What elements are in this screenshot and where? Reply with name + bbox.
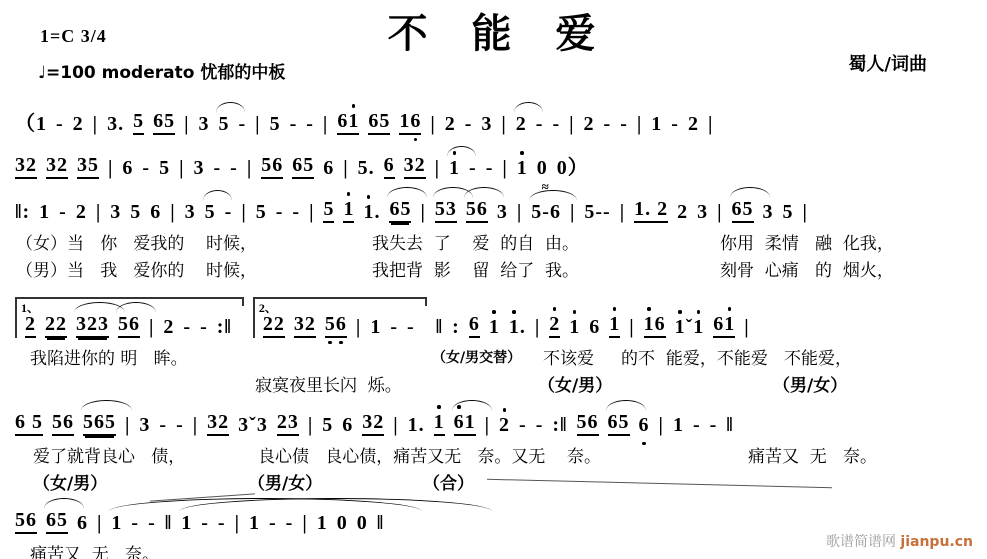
note-token: : xyxy=(452,317,460,338)
note-token: ‖ xyxy=(377,513,384,534)
lyric-line: （女/男）（男/女）（合） xyxy=(0,468,987,495)
note-token: 1 xyxy=(517,158,528,179)
note-token: | xyxy=(430,114,435,135)
note-token: - xyxy=(671,114,679,135)
note-token: | xyxy=(241,202,246,223)
note-token: - xyxy=(465,114,473,135)
note-token: 5-6 xyxy=(531,202,561,223)
note-token: 6 xyxy=(122,158,133,179)
note-token: 65 xyxy=(732,199,754,223)
sheet-music-page: 1=C 3/4 ♩=100 moderato 忧郁的中板 不 能 爱 蜀人/词曲… xyxy=(0,0,987,559)
note-token: 1 xyxy=(609,314,620,338)
lyric-segment: 寂寞夜里长闪 烁。 xyxy=(255,371,402,396)
note-token: 5 xyxy=(133,111,144,135)
note-token: - xyxy=(200,317,208,338)
note-token: 2 xyxy=(25,314,36,338)
note-token: 35 xyxy=(77,155,99,179)
note-token: 1 xyxy=(343,199,354,223)
note-token: | xyxy=(620,202,625,223)
note-token: 2 xyxy=(677,202,688,223)
note-token: - xyxy=(56,114,64,135)
note-token: - xyxy=(142,158,150,179)
note-token: | xyxy=(302,513,307,534)
lyric-segment: （女/男） xyxy=(538,371,612,396)
note-token: 2 xyxy=(688,114,699,135)
note-token: | xyxy=(247,158,252,179)
note-token: 1 xyxy=(370,317,381,338)
note-token: 3 xyxy=(497,202,508,223)
note-token: | xyxy=(717,202,722,223)
note-token: - xyxy=(238,114,246,135)
lyric-segment: 你用 柔情 融 化我， xyxy=(720,229,894,254)
note-token: - xyxy=(710,415,718,436)
note-token: 6 5 xyxy=(15,412,43,436)
note-token: | xyxy=(485,415,490,436)
note-token: - xyxy=(469,158,477,179)
note-token: 56 xyxy=(261,155,283,179)
lyric-segment: （女）当 你 爱我的 时候， xyxy=(16,229,257,254)
composer-credit: 蜀人/词曲 xyxy=(848,50,927,76)
lyric-segment: （男/女） xyxy=(773,371,847,396)
note-token: ‖ xyxy=(436,317,443,338)
lyric-segment: 我失去 了 爱 的自 由。 xyxy=(372,229,579,254)
note-token: | xyxy=(125,415,130,436)
note-token: 56 xyxy=(577,412,599,436)
note-token: | xyxy=(569,114,574,135)
note-token: 3 xyxy=(185,202,196,223)
note-token: | xyxy=(629,317,634,338)
note-token: - xyxy=(604,114,612,135)
score-header: 1=C 3/4 ♩=100 moderato 忧郁的中板 不 能 爱 蜀人/词曲 xyxy=(0,0,987,96)
note-token: 65 xyxy=(153,111,175,135)
note-token: | xyxy=(255,114,260,135)
note-token: - xyxy=(159,415,167,436)
lyric-segment: 痛苦又 无 奈。 xyxy=(30,540,159,559)
note-token: 2 xyxy=(584,114,595,135)
note-token: | xyxy=(420,202,425,223)
note-token: 5 xyxy=(323,199,334,223)
lyric-line: （男）当 我 爱你的 时候，我把背 影 留 给了 我。刻骨 心痛 的 烟火， xyxy=(0,255,987,282)
note-token: - xyxy=(536,415,544,436)
tempo-marking: ♩=100 moderato 忧郁的中板 xyxy=(38,58,285,83)
note-token: 1 xyxy=(673,415,684,436)
note-token: 32 xyxy=(46,155,68,179)
note-token: 0 xyxy=(357,513,368,534)
music-line: 6 556565|3--|323ˇ323|5632|1.161|2--:‖566… xyxy=(0,397,987,441)
lyric-segment: （合） xyxy=(423,469,474,494)
note-token: | xyxy=(97,513,102,534)
note-token: - xyxy=(59,202,67,223)
lyric-line: 我陷进你的 明 眸。（女/男交替）不该爱 的不 能爱，不能爱 不能爱， xyxy=(0,343,987,370)
lyric-segment: （男/女） xyxy=(248,469,322,494)
note-token: 2 xyxy=(499,415,510,436)
note-token: 3 xyxy=(110,202,121,223)
note-token: 6 xyxy=(589,317,600,338)
song-title: 不 能 爱 xyxy=(0,2,987,59)
note-token: | xyxy=(570,202,575,223)
note-token: 2 xyxy=(549,314,560,338)
note-token: - xyxy=(290,114,298,135)
note-token: | xyxy=(517,202,522,223)
note-token: 6 xyxy=(77,513,88,534)
note-token: 1 xyxy=(317,513,328,534)
note-token: | xyxy=(501,114,506,135)
note-token: 5 xyxy=(783,202,794,223)
lyric-segment: 不该爱 的不 能爱，不能爱 不能爱， xyxy=(543,344,852,369)
note-token: | xyxy=(235,513,240,534)
watermark-site-name: 歌谱简谱网 xyxy=(826,534,900,550)
note-token: 5-- xyxy=(584,202,610,223)
note-token: | xyxy=(308,415,313,436)
note-token: 1. xyxy=(363,202,380,223)
note-token: 3 xyxy=(193,158,204,179)
note-token: 22 xyxy=(45,314,67,338)
note-token: 5 xyxy=(205,202,216,223)
note-token: | xyxy=(184,114,189,135)
note-token: 1 xyxy=(434,412,445,436)
note-token: | xyxy=(535,317,540,338)
score-body: （1-2|3.565|35-|5--|616516|2-3|2--|2--|1-… xyxy=(0,96,987,559)
note-token: 32 xyxy=(207,412,229,436)
note-token: - xyxy=(131,513,139,534)
note-token: 5 xyxy=(270,114,281,135)
note-token: 5 xyxy=(256,202,267,223)
note-token: 1 xyxy=(489,317,500,338)
note-token: 0 xyxy=(537,158,548,179)
note-token: 56 xyxy=(118,314,140,338)
note-token: 3 xyxy=(198,114,209,135)
note-token: 1ˇ1 xyxy=(675,317,705,338)
note-token: 61 xyxy=(454,412,476,436)
note-token: 32 xyxy=(15,155,37,179)
note-token: - xyxy=(536,114,544,135)
note-token: - xyxy=(390,317,398,338)
note-token: | xyxy=(637,114,642,135)
note-token: 32 xyxy=(404,155,426,179)
note-token: | xyxy=(108,158,113,179)
note-token: 56 xyxy=(325,314,347,338)
note-token: - xyxy=(276,202,284,223)
note-token: 61 xyxy=(713,314,735,338)
note-token: 32 xyxy=(362,412,384,436)
note-token: 65 xyxy=(292,155,314,179)
note-token: 5 xyxy=(159,158,170,179)
note-token: 1 xyxy=(651,114,662,135)
lyric-segment: 我把背 影 留 给了 我。 xyxy=(372,256,579,281)
note-token: 0） xyxy=(557,158,589,179)
note-token: 56 xyxy=(15,510,37,534)
note-token: 1 xyxy=(111,513,122,534)
note-token: - xyxy=(148,513,156,534)
note-token: 1. xyxy=(408,415,425,436)
note-token: 323 xyxy=(76,314,109,338)
lyric-segment: （女/男交替） xyxy=(432,347,521,367)
lyric-line: 爱了就背良心 债，良心债 良心债，痛苦又无 奈。又无 奈。痛苦又 无 奈。 xyxy=(0,441,987,468)
lyric-line: 寂寞夜里长闪 烁。（女/男）（男/女） xyxy=(0,370,987,397)
note-token: 23 xyxy=(277,412,299,436)
note-token: 3 xyxy=(481,114,492,135)
note-token: - xyxy=(306,114,314,135)
note-token: 16 xyxy=(644,314,666,338)
note-token: | xyxy=(93,114,98,135)
note-token: 5 xyxy=(130,202,141,223)
note-token: 3 xyxy=(139,415,150,436)
note-token: ‖ xyxy=(726,415,733,436)
note-token: 6 xyxy=(384,155,395,179)
note-token: | xyxy=(435,158,440,179)
music-line: （1-2|3.565|35-|5--|616516|2-3|2--|2--|1-… xyxy=(0,96,987,140)
note-token: 2 xyxy=(445,114,456,135)
watermark: 歌谱简谱网 jianpu.cn xyxy=(826,531,973,551)
note-token: ‖: xyxy=(15,202,30,223)
note-token: 6 xyxy=(469,314,480,338)
note-token: | xyxy=(744,317,749,338)
note-token: - xyxy=(225,202,233,223)
note-token: 3 xyxy=(697,202,708,223)
watermark-domain: jianpu.cn xyxy=(900,534,973,550)
lyric-segment: （男）当 我 爱你的 时候， xyxy=(16,256,257,281)
note-token: 2 xyxy=(163,317,174,338)
note-token: - xyxy=(693,415,701,436)
note-token: | xyxy=(193,415,198,436)
note-token: - xyxy=(292,202,300,223)
note-token: | xyxy=(659,415,664,436)
note-token: 32 xyxy=(294,314,316,338)
note-token: - xyxy=(176,415,184,436)
note-token: | xyxy=(343,158,348,179)
lyric-segment: 刻骨 心痛 的 烟火， xyxy=(720,256,894,281)
note-token: | xyxy=(803,202,808,223)
note-token: 2 xyxy=(516,114,527,135)
note-token: :‖ xyxy=(217,317,232,338)
note-token: 65 xyxy=(389,199,411,223)
note-token: :‖ xyxy=(552,415,567,436)
music-line: 1、22232356|2--:‖2、223256|1--‖:611.|2161|… xyxy=(0,282,987,343)
note-token: 56 xyxy=(466,199,488,223)
note-token: - xyxy=(286,513,294,534)
note-token: - xyxy=(269,513,277,534)
note-token: 3. xyxy=(107,114,124,135)
note-token: 5 xyxy=(322,415,333,436)
note-token: 3 xyxy=(763,202,774,223)
note-token: - xyxy=(230,158,238,179)
lyric-segment: 痛苦又 无 奈。 xyxy=(748,442,877,467)
lyric-line: （女）当 你 爱我的 时候，我失去 了 爱 的自 由。你用 柔情 融 化我， xyxy=(0,228,987,255)
note-token: 22 xyxy=(263,314,285,338)
note-token: 1. xyxy=(509,317,526,338)
note-token: 16 xyxy=(399,111,421,135)
note-token: 6 xyxy=(342,415,353,436)
note-token: 5 xyxy=(218,114,229,135)
note-token: 61 xyxy=(337,111,359,135)
note-token: | xyxy=(323,114,328,135)
note-token: | xyxy=(356,317,361,338)
note-token: 65 xyxy=(46,510,68,534)
note-token: 65 xyxy=(608,412,630,436)
note-token: | xyxy=(149,317,154,338)
note-token: | xyxy=(502,158,507,179)
note-token: - xyxy=(218,513,226,534)
note-token: 2 xyxy=(73,114,84,135)
note-token: 1 xyxy=(449,158,460,179)
lyric-segment: 我陷进你的 明 眸。 xyxy=(30,344,188,369)
music-line: 323235|6-5|3--|56656|5.632|1--|100） xyxy=(0,140,987,184)
note-token: - xyxy=(620,114,628,135)
note-token: - xyxy=(183,317,191,338)
lyric-segment: 爱了就背良心 债， xyxy=(33,442,185,467)
note-token: - xyxy=(519,415,527,436)
note-token: - xyxy=(201,513,209,534)
note-token: 1 xyxy=(569,317,580,338)
note-token: | xyxy=(170,202,175,223)
note-token: 1 xyxy=(181,513,192,534)
note-token: | xyxy=(708,114,713,135)
volta-bracket: 1、22232356|2--:‖ xyxy=(15,297,244,338)
note-token: 1. 2 xyxy=(634,199,668,223)
note-token: - xyxy=(552,114,560,135)
note-token: 5. xyxy=(358,158,375,179)
note-token: 3ˇ3 xyxy=(238,415,268,436)
music-line: ‖:1-2|356|35-|5--|511.65|53563|5-6|5--|1… xyxy=(0,184,987,228)
note-token: 1 xyxy=(39,202,50,223)
note-token: 0 xyxy=(337,513,348,534)
note-token: ‖ xyxy=(165,513,172,534)
note-token: - xyxy=(407,317,415,338)
note-token: 56 xyxy=(52,412,74,436)
note-token: 65 xyxy=(368,111,390,135)
note-token: 2 xyxy=(76,202,87,223)
note-token: | xyxy=(309,202,314,223)
note-token: | xyxy=(393,415,398,436)
note-token: - xyxy=(213,158,221,179)
volta-bracket: 2、223256|1-- xyxy=(253,297,427,338)
lyric-segment: 良心债 良心债，痛苦又无 奈。又无 奈。 xyxy=(258,442,601,467)
note-token: 6 xyxy=(639,415,650,436)
note-token: （1 xyxy=(15,114,47,135)
note-token: 565 xyxy=(83,412,116,436)
note-token: - xyxy=(486,158,494,179)
note-token: 1 xyxy=(249,513,260,534)
note-token: 6 xyxy=(323,158,334,179)
note-token: 53 xyxy=(435,199,457,223)
note-token: | xyxy=(96,202,101,223)
note-token: 6 xyxy=(150,202,161,223)
note-token: | xyxy=(179,158,184,179)
lyric-segment: （女/男） xyxy=(33,469,107,494)
